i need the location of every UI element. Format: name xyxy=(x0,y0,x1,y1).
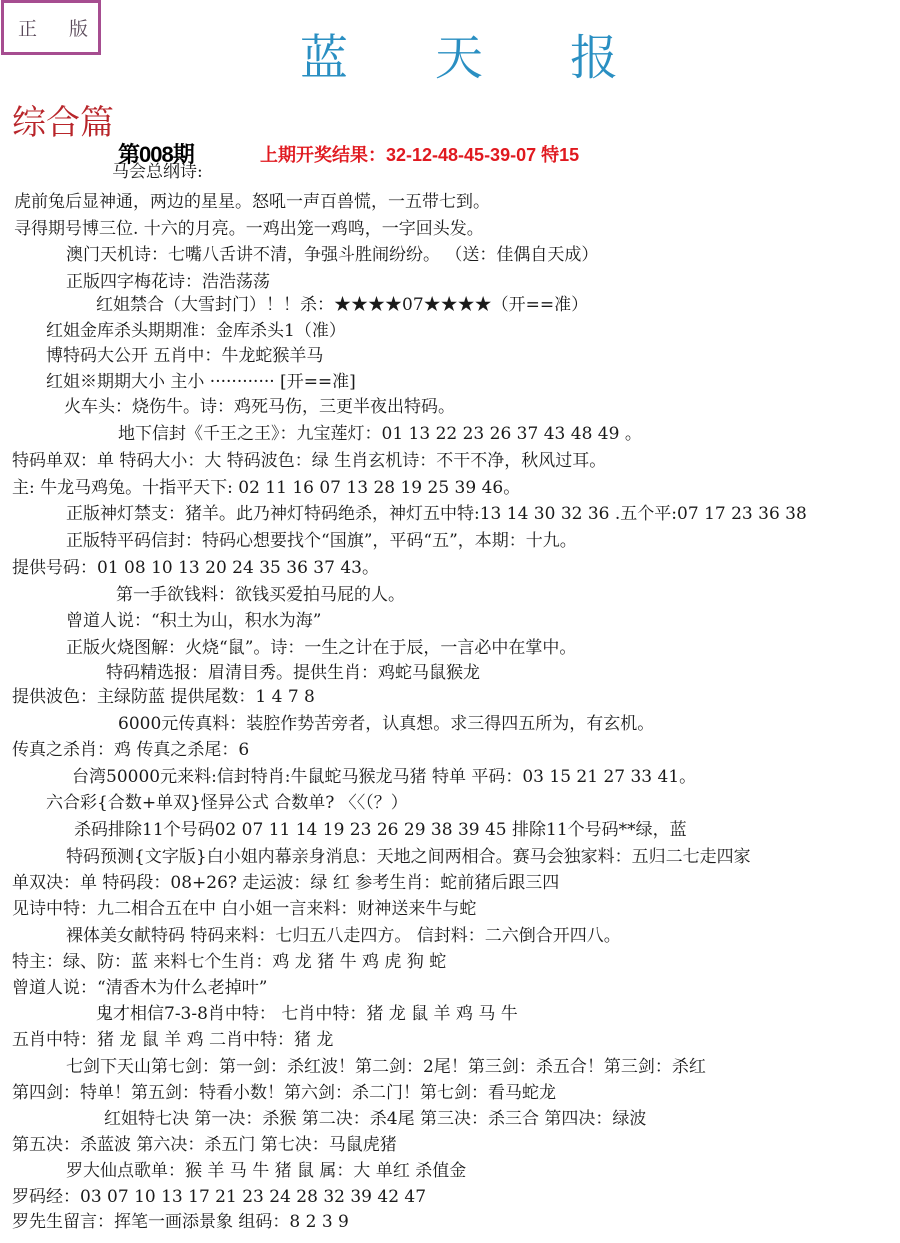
title-char-2: 天 xyxy=(435,19,485,88)
text-line: 正版四字梅花诗：浩浩荡荡 xyxy=(66,271,270,293)
text-line: 第一手欲钱料：欲钱买爱拍马屁的人。 xyxy=(116,584,405,606)
text-line: 红姐禁合（大雪封门）！！杀：★★★★07★★★★（开==准） xyxy=(96,294,588,316)
text-line: 地下信封《千王之王》：九宝莲灯：01 13 22 23 26 37 43 48 … xyxy=(118,423,642,445)
badge-char-2: 版 xyxy=(69,14,88,41)
text-line: 台湾50000元来料:信封特肖:牛鼠蛇马猴龙马猪 特单 平码：03 15 21 … xyxy=(72,766,696,788)
text-line: 正版特平码信封：特码心想要找个“国旗”，平码“五”，本期：十九。 xyxy=(66,530,577,552)
text-line: 马会总纲诗: xyxy=(112,161,203,183)
newspaper-title: 蓝 天 报 xyxy=(300,18,620,88)
last-draw-result: 上期开奖结果：32-12-48-45-39-07 特15 xyxy=(260,141,579,167)
text-line: 特主：绿、防：蓝 来料七个生肖：鸡 龙 猪 牛 鸡 虎 狗 蛇 xyxy=(12,951,446,973)
text-line: 五肖中特：猪 龙 鼠 羊 鸡 二肖中特：猪 龙 xyxy=(12,1029,333,1051)
text-line: 传真之杀肖：鸡 传真之杀尾：6 xyxy=(12,739,249,761)
text-line: 杀码排除11个号码02 07 11 14 19 23 26 29 38 39 4… xyxy=(74,819,687,841)
text-line: 红姐金库杀头期期准：金库杀头1（准） xyxy=(46,320,346,342)
text-line: 正版火烧图解：火烧“鼠”。诗：一生之计在于辰，一言必中在掌中。 xyxy=(66,637,576,659)
text-line: 主: 牛龙马鸡兔。十指平天下: 02 11 16 07 13 28 19 25 … xyxy=(12,477,520,499)
text-line: 特码预测{文字版}白小姐内幕亲身消息：天地之间两相合。赛马会独家料：五归二七走四… xyxy=(66,846,751,868)
text-line: 澳门天机诗：七嘴八舌讲不清，争强斗胜闹纷纷。 （送：佳偶自天成） xyxy=(66,244,598,266)
text-line: 火车头：烧伤牛。诗：鸡死马伤，三更半夜出特码。 xyxy=(64,396,455,418)
authentic-badge: 正 版 xyxy=(1,0,101,55)
text-line: 博特码大公开 五肖中：牛龙蛇猴羊马 xyxy=(46,345,323,367)
text-line: 罗大仙点歌单：猴 羊 马 牛 猪 鼠 属：大 单红 杀值金 xyxy=(66,1160,466,1182)
text-line: 虎前兔后显神通，两边的星星。怒吼一声百兽慌，一五带七到。 xyxy=(14,191,490,213)
text-line: 6000元传真料：装腔作势苦旁者，认真想。求三得四五所为，有玄机。 xyxy=(118,713,654,735)
text-line: 特码单双：单 特码大小：大 特码波色：绿 生肖玄机诗：不干不净，秋风过耳。 xyxy=(12,450,606,472)
section-heading: 综合篇 xyxy=(12,95,114,144)
text-line: 裸体美女献特码 特码来料：七归五八走四方。 信封料：二六倒合开四八。 xyxy=(66,925,621,947)
text-line: 六合彩{合数+单双}怪异公式 合数单? 〈〈（？） xyxy=(46,792,408,814)
text-line: 鬼才相信7-3-8肖中特： 七肖中特：猪 龙 鼠 羊 鸡 马 牛 xyxy=(96,1003,518,1025)
text-line: 七剑下天山第七剑：第一剑：杀红波！第二剑：2尾！第三剑：杀五合！第三剑：杀红 xyxy=(66,1056,706,1078)
text-line: 第四剑：特单！第五剑：特看小数！第六剑：杀二门！第七剑：看马蛇龙 xyxy=(12,1082,556,1104)
text-line: 罗码经：03 07 10 13 17 21 23 24 28 32 39 42 … xyxy=(12,1186,426,1208)
badge-char-1: 正 xyxy=(18,14,37,41)
text-line: 见诗中特：九二相合五在中 白小姐一言来料：财神送来牛与蛇 xyxy=(12,898,476,920)
text-line: 正版神灯禁支：猪羊。此乃神灯特码绝杀，神灯五中特:13 14 30 32 36 … xyxy=(66,503,807,525)
title-char-1: 蓝 xyxy=(300,19,350,88)
title-char-3: 报 xyxy=(570,19,620,88)
text-line: 提供号码：01 08 10 13 20 24 35 36 37 43。 xyxy=(12,557,379,579)
text-line: 红姐※期期大小 主小 ············ [开==准] xyxy=(46,371,356,393)
text-line: 曾道人说：“积土为山，积水为海” xyxy=(66,610,321,632)
text-line: 特码精选报：眉清目秀。提供生肖：鸡蛇马鼠猴龙 xyxy=(106,662,480,684)
text-line: 提供波色：主绿防蓝 提供尾数：1 4 7 8 xyxy=(12,686,315,708)
text-line: 第五决：杀蓝波 第六决：杀五门 第七决：马鼠虎猪 xyxy=(12,1134,397,1156)
text-line: 红姐特七决 第一决：杀猴 第二决：杀4尾 第三决：杀三合 第四决：绿波 xyxy=(104,1108,646,1130)
text-line: 寻得期号博三位. 十六的月亮。一鸡出笼一鸡鸣，一字回头发。 xyxy=(14,218,484,240)
text-line: 曾道人说：“清香木为什么老掉叶” xyxy=(12,977,267,999)
text-line: 单双决：单 特码段：08+26? 走运波：绿 红 参考生肖：蛇前猪后跟三四 xyxy=(12,872,559,894)
text-line: 罗先生留言：挥笔一画添景象 组码：8 2 3 9 xyxy=(12,1211,349,1233)
